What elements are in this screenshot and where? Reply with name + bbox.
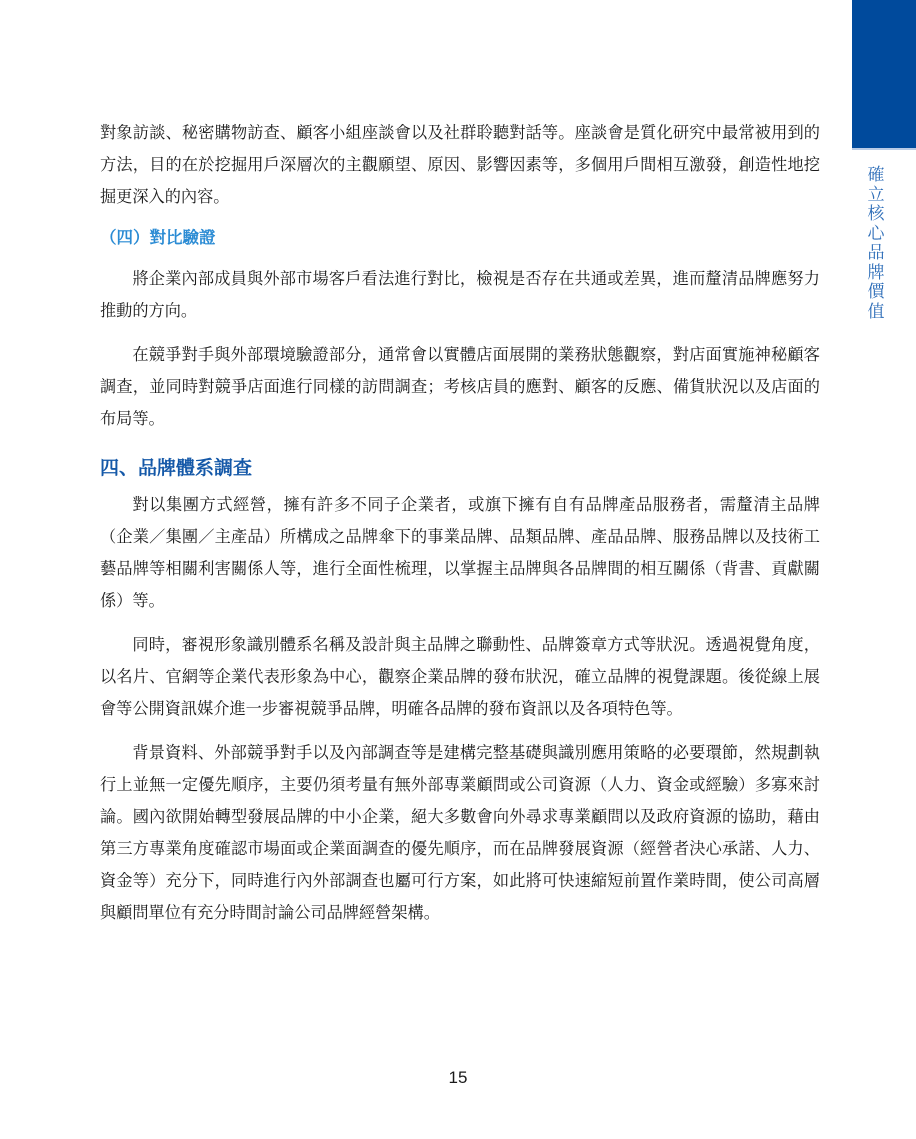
page-number: 15 <box>0 1068 916 1088</box>
paragraph-competitor-validation: 在競爭對手與外部環境驗證部分，通常會以實體店面展開的業務狀態觀察，對店面實施神秘… <box>100 339 820 435</box>
paragraph-research-priorities: 背景資料、外部競爭對手以及內部調查等是建構完整基礎與識別應用策略的必要環節，然規… <box>100 737 820 929</box>
chapter-title-char: 價 <box>864 283 888 303</box>
paragraph-brand-architecture: 對以集團方式經營，擁有許多不同子企業者，或旗下擁有自有品牌產品服務者，需釐清主品… <box>100 489 820 617</box>
paragraph-interview-methods: 對象訪談、秘密購物訪查、顧客小組座談會以及社群聆聽對話等。座談會是質化研究中最常… <box>100 117 820 213</box>
chapter-title-char: 核 <box>864 205 888 225</box>
chapter-title-char: 值 <box>864 303 888 323</box>
chapter-side-title: 確 立 核 心 品 牌 價 值 <box>864 166 888 322</box>
chapter-title-char: 立 <box>864 186 888 206</box>
chapter-title-char: 確 <box>864 166 888 186</box>
chapter-title-char: 牌 <box>864 264 888 284</box>
chapter-tab-marker <box>852 0 916 150</box>
subheading-comparison-validation: （四）對比驗證 <box>100 223 820 253</box>
chapter-title-char: 品 <box>864 244 888 264</box>
paragraph-visual-identity-review: 同時，審視形象識別體系名稱及設計與主品牌之聯動性、品牌簽章方式等狀況。透過視覺角… <box>100 629 820 725</box>
paragraph-internal-external-comparison: 將企業內部成員與外部市場客戶看法進行對比，檢視是否存在共通或差異，進而釐清品牌應… <box>100 263 820 327</box>
chapter-title-char: 心 <box>864 225 888 245</box>
page-body: 對象訪談、秘密購物訪查、顧客小組座談會以及社群聆聽對話等。座談會是質化研究中最常… <box>100 117 820 929</box>
section-heading-brand-system-survey: 四、品牌體系調查 <box>100 451 820 485</box>
